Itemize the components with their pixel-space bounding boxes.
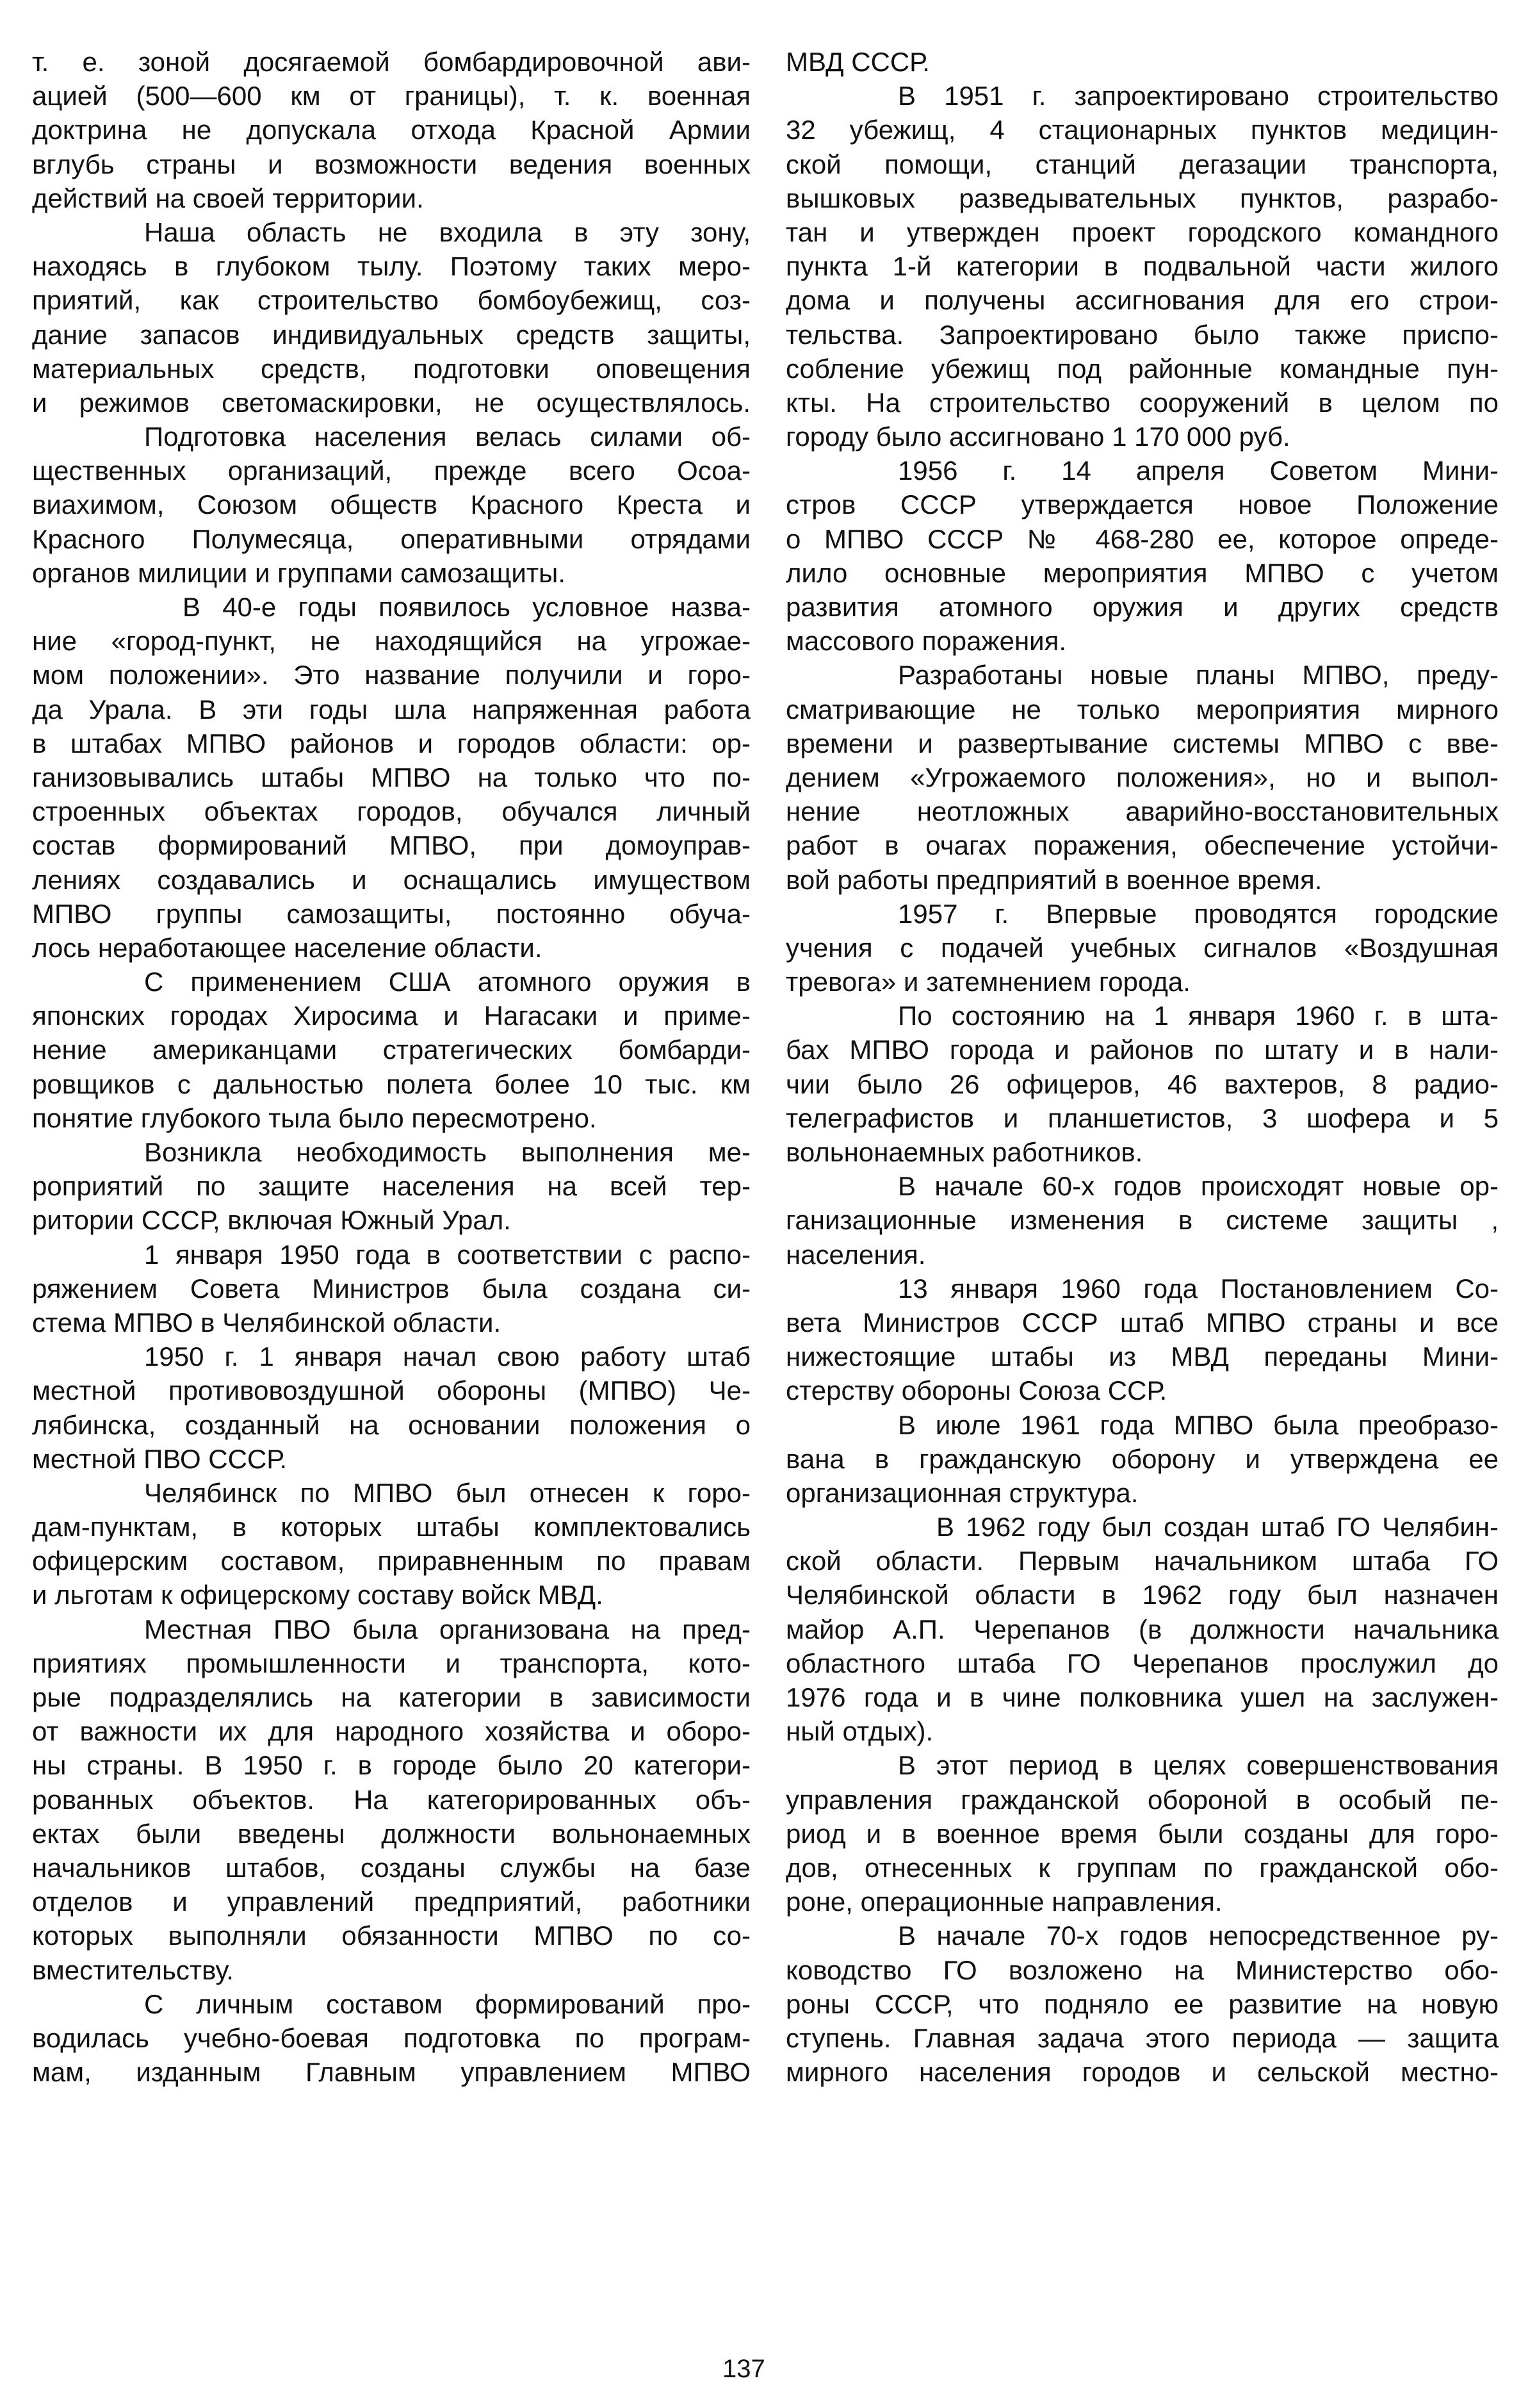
text-line: населения. [786, 1238, 1499, 1272]
text-line: ряжением Совета Министров была создана с… [32, 1272, 751, 1306]
text-line: телеграфистов и планшетистов, 3 шофера и… [786, 1101, 1499, 1135]
text-line: тревога» и затемнением города. [786, 965, 1499, 999]
text-line: Разработаны новые планы МПВО, преду- [786, 658, 1499, 692]
text-line: времени и развертывание системы МПВО с в… [786, 726, 1499, 760]
text-line: организационная структура. [786, 1476, 1499, 1510]
text-line: В начале 70-х годов непосредственное ру- [786, 1919, 1499, 1953]
text-line: японских городах Хиросима и Нагасаки и п… [32, 999, 751, 1033]
text-line: действий на своей территории. [32, 181, 751, 215]
text-line: В 1962 году был создан штаб ГО Челябин- [786, 1510, 1499, 1544]
text-line: начальников штабов, созданы службы на ба… [32, 1851, 751, 1885]
text-line: стерству обороны Союза ССР. [786, 1373, 1499, 1407]
text-line: риод и в военное время были созданы для … [786, 1817, 1499, 1851]
text-line: приятиях промышленности и транспорта, ко… [32, 1646, 751, 1680]
text-line: ектах были введены должности вольнонаемн… [32, 1817, 751, 1851]
text-line: По состоянию на 1 января 1960 г. в шта- [786, 999, 1499, 1033]
text-line: тельства. Запроектировано было также при… [786, 318, 1499, 352]
text-line: материальных средств, подготовки оповеще… [32, 352, 751, 386]
text-line: нение американцами стратегических бомбар… [32, 1033, 751, 1067]
text-line: строенных объектах городов, обучался лич… [32, 794, 751, 828]
text-line: ны страны. В 1950 г. в городе было 20 ка… [32, 1748, 751, 1782]
text-line: городу было ассигновано 1 170 000 руб. [786, 420, 1499, 454]
text-line: Челябинск по МПВО был отнесен к горо- [32, 1476, 751, 1510]
text-line: ступень. Главная задача этого периода — … [786, 2021, 1499, 2055]
text-line: и льготам к офицерскому составу войск МВ… [32, 1578, 751, 1612]
text-line: лось неработающее население области. [32, 931, 751, 965]
text-line: вместительству. [32, 1953, 751, 1987]
text-line: МПВО группы самозащиты, постоянно обуча- [32, 897, 751, 931]
text-line: Подготовка населения велась силами об- [32, 420, 751, 454]
text-line: ный отдых). [786, 1714, 1499, 1748]
text-line: С личным составом формирований про- [32, 1987, 751, 2021]
text-line: чии было 26 офицеров, 46 вахтеров, 8 рад… [786, 1067, 1499, 1101]
text-line: 32 убежищ, 4 стационарных пунктов медици… [786, 113, 1499, 147]
text-line: В июле 1961 года МПВО была преобразо- [786, 1408, 1499, 1442]
text-line: роне, операционные направления. [786, 1885, 1499, 1919]
text-line: находясь в глубоком тылу. Поэтому таких … [32, 249, 751, 283]
text-line: учения с подачей учебных сигналов «Возду… [786, 931, 1499, 965]
text-line: вана в гражданскую оборону и утверждена … [786, 1442, 1499, 1476]
text-line: стров СССР утверждается новое Положение [786, 487, 1499, 521]
page-number: 137 [722, 2355, 765, 2384]
text-line: В начале 60-х годов происходят новые ор- [786, 1169, 1499, 1203]
text-line: развития атомного оружия и других средст… [786, 590, 1499, 624]
text-line: дание запасов индивидуальных средств защ… [32, 318, 751, 352]
text-line: водилась учебно-боевая подготовка по про… [32, 2021, 751, 2055]
text-line: доктрина не допускала отхода Красной Арм… [32, 113, 751, 147]
text-line: ние «город-пункт, не находящийся на угро… [32, 624, 751, 658]
text-line: вольнонаемных работников. [786, 1135, 1499, 1169]
text-line: 1950 г. 1 января начал свою работу штаб [32, 1339, 751, 1373]
text-line: ганизационные изменения в системе защиты… [786, 1203, 1499, 1237]
right-text-column: МВД СССР.В 1951 г. запроектировано строи… [786, 45, 1499, 2089]
text-line: ритории СССР, включая Южный Урал. [32, 1203, 751, 1237]
text-line: Местная ПВО была организована на пред- [32, 1612, 751, 1646]
text-line: в штабах МПВО районов и городов области:… [32, 726, 751, 760]
text-line: 13 января 1960 года Постановлением Со- [786, 1272, 1499, 1306]
text-line: виахимом, Союзом обществ Красного Креста… [32, 487, 751, 521]
text-line: роприятий по защите населения на всей те… [32, 1169, 751, 1203]
text-line: В 40-е годы появилось условное назва- [32, 590, 751, 624]
text-line: ацией (500—600 км от границы), т. к. вое… [32, 79, 751, 113]
text-line: рые подразделялись на категории в зависи… [32, 1680, 751, 1714]
text-line: пункта 1-й категории в подвальной части … [786, 249, 1499, 283]
text-line: 1 января 1950 года в соответствии с расп… [32, 1238, 751, 1272]
text-line: Наша область не входила в эту зону, [32, 215, 751, 249]
text-line: работ в очагах поражения, обеспечение ус… [786, 828, 1499, 862]
text-line: понятие глубокого тыла было пересмотрено… [32, 1101, 751, 1135]
text-line: и режимов светомаскировки, не осуществля… [32, 386, 751, 420]
text-line: дов, отнесенных к группам по гражданской… [786, 1851, 1499, 1885]
text-line: Возникла необходимость выполнения ме- [32, 1135, 751, 1169]
text-line: вой работы предприятий в военное время. [786, 863, 1499, 897]
text-line: лениях создавались и оснащались имуществ… [32, 863, 751, 897]
text-line: массового поражения. [786, 624, 1499, 658]
text-line: которых выполняли обязанности МПВО по со… [32, 1919, 751, 1953]
text-line: Челябинской области в 1962 году был назн… [786, 1578, 1499, 1612]
text-line: лило основные мероприятия МПВО с учетом [786, 556, 1499, 590]
text-line: С применением США атомного оружия в [32, 965, 751, 999]
text-line: нение неотложных аварийно-восстановитель… [786, 794, 1499, 828]
text-line: ской области. Первым начальником штаба Г… [786, 1544, 1499, 1578]
text-line: майор А.П. Черепанов (в должности началь… [786, 1612, 1499, 1646]
text-line: управления гражданской обороной в особый… [786, 1783, 1499, 1817]
text-line: от важности их для народного хозяйства и… [32, 1714, 751, 1748]
text-line: Красного Полумесяца, оперативными отряда… [32, 522, 751, 556]
text-line: вета Министров СССР штаб МПВО страны и в… [786, 1306, 1499, 1339]
text-line: рованных объектов. На категорированных о… [32, 1783, 751, 1817]
text-line: нижестоящие штабы из МВД переданы Мини- [786, 1339, 1499, 1373]
text-line: сматривающие не только мероприятия мирно… [786, 692, 1499, 726]
text-line: 1957 г. Впервые проводятся городские [786, 897, 1499, 931]
text-line: кты. На строительство сооружений в целом… [786, 386, 1499, 420]
text-line: бах МПВО города и районов по штату и в н… [786, 1033, 1499, 1067]
text-line: щественных организаций, прежде всего Осо… [32, 454, 751, 487]
text-line: вышковых разведывательных пунктов, разра… [786, 181, 1499, 215]
text-line: тан и утвержден проект городского команд… [786, 215, 1499, 249]
text-line: 1956 г. 14 апреля Советом Мини- [786, 454, 1499, 487]
text-line: В этот период в целях совершенствования [786, 1748, 1499, 1782]
text-line: офицерским составом, приравненным по пра… [32, 1544, 751, 1578]
text-line: местной противовоздушной обороны (МПВО) … [32, 1373, 751, 1407]
text-line: о МПВО СССР № 468-280 ее, которое опреде… [786, 522, 1499, 556]
text-line: стема МПВО в Челябинской области. [32, 1306, 751, 1339]
text-line: органов милиции и группами самозащиты. [32, 556, 751, 590]
text-line: отделов и управлений предприятий, работн… [32, 1885, 751, 1919]
text-line: т. е. зоной досягаемой бомбардировочной … [32, 45, 751, 79]
text-line: дома и получены ассигнования для его стр… [786, 283, 1499, 317]
text-line: состав формирований МПВО, при домоуправ- [32, 828, 751, 862]
text-line: областного штаба ГО Черепанов прослужил … [786, 1646, 1499, 1680]
text-line: да Урала. В эти годы шла напряженная раб… [32, 692, 751, 726]
text-line: дением «Угрожаемого положения», но и вып… [786, 760, 1499, 794]
text-line: дам-пунктам, в которых штабы комплектова… [32, 1510, 751, 1544]
text-line: мирного населения городов и сельской мес… [786, 2055, 1499, 2089]
text-line: собление убежищ под районные командные п… [786, 352, 1499, 386]
text-line: ровщиков с дальностью полета более 10 ты… [32, 1067, 751, 1101]
text-line: мам, изданным Главным управлением МПВО [32, 2055, 751, 2089]
text-line: вглубь страны и возможности ведения воен… [32, 147, 751, 181]
text-line: местной ПВО СССР. [32, 1442, 751, 1476]
text-line: ководство ГО возложено на Министерство о… [786, 1953, 1499, 1987]
text-line: 1976 года и в чине полковника ушел на за… [786, 1680, 1499, 1714]
text-line: лябинска, созданный на основании положен… [32, 1408, 751, 1442]
text-line: В 1951 г. запроектировано строительство [786, 79, 1499, 113]
text-line: приятий, как строительство бомбоубежищ, … [32, 283, 751, 317]
text-line: мом положении». Это название получили и … [32, 658, 751, 692]
left-text-column: т. е. зоной досягаемой бомбардировочной … [32, 45, 751, 2089]
text-line: МВД СССР. [786, 45, 1499, 79]
text-line: ской помощи, станций дегазации транспорт… [786, 147, 1499, 181]
text-line: ганизовывались штабы МПВО на только что … [32, 760, 751, 794]
text-line: роны СССР, что подняло ее развитие на но… [786, 1987, 1499, 2021]
document-page: т. е. зоной досягаемой бомбардировочной … [0, 0, 1537, 2408]
